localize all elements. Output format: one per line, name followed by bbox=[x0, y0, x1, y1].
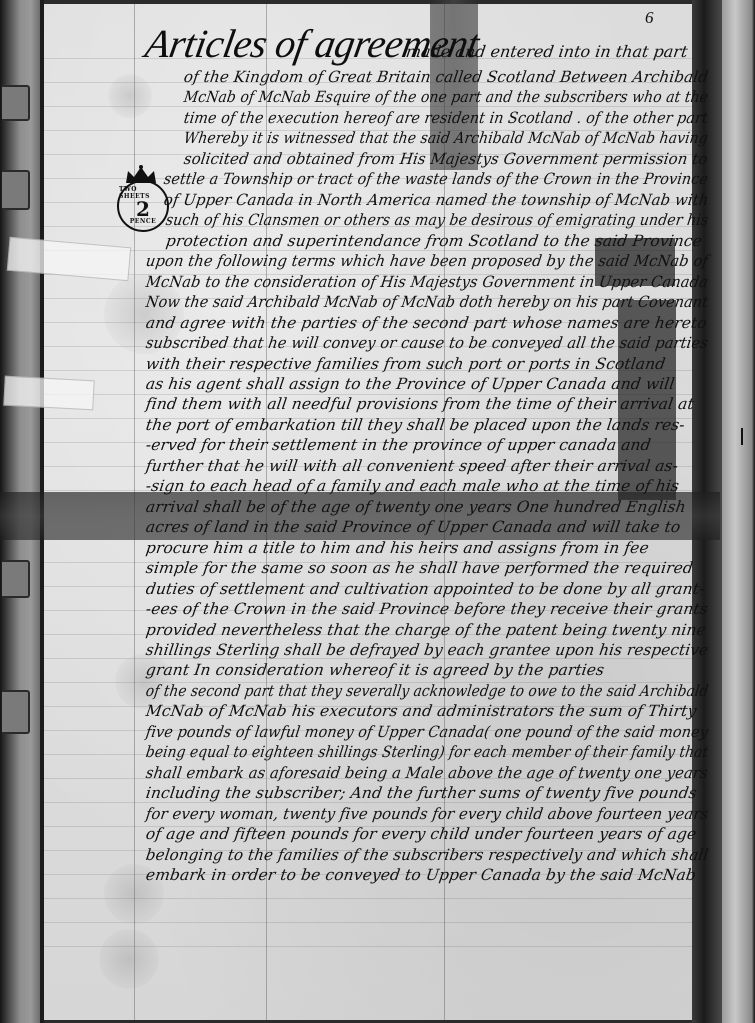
text-line: and agree with the parties of the second… bbox=[145, 314, 708, 332]
binding-tab bbox=[2, 170, 30, 210]
text-line: the port of embarkation till they shall … bbox=[145, 416, 686, 434]
text-line: find them with all needful provisions fr… bbox=[145, 395, 695, 413]
text-line: of the Kingdom of Great Britain called S… bbox=[183, 68, 710, 86]
text-line: with their respective families from such… bbox=[145, 355, 667, 373]
text-line: subscribed that he will convey or cause … bbox=[145, 334, 710, 352]
text-line: -ees of the Crown in the said Province b… bbox=[145, 600, 709, 618]
text-line: solicited and obtained from His Majestys… bbox=[183, 150, 709, 168]
text-line: provided nevertheless that the charge of… bbox=[145, 621, 707, 639]
text-line: further that he will with all convenient… bbox=[145, 457, 680, 475]
text-line: -sign to each head of a family and each … bbox=[145, 477, 681, 495]
text-line: procure him a title to him and his heirs… bbox=[145, 539, 650, 557]
text-line: of Upper Canada in North America named t… bbox=[163, 191, 710, 209]
text-line: five pounds of lawful money of Upper Can… bbox=[145, 723, 710, 741]
binding-tab bbox=[2, 85, 30, 121]
text-line: shillings Sterling shall be defrayed by … bbox=[145, 641, 710, 659]
text-line: duties of settlement and cultivation app… bbox=[145, 580, 706, 598]
text-line: embark in order to be conveyed to Upper … bbox=[145, 866, 697, 884]
margin-mark bbox=[741, 428, 743, 445]
stamp-value: 2 bbox=[136, 200, 150, 218]
text-line: settle a Township or tract of the waste … bbox=[163, 170, 710, 188]
text-line: of age and fifteen pounds for every chil… bbox=[145, 825, 698, 843]
text-line: McNab to the consideration of His Majest… bbox=[145, 273, 710, 291]
scanned-document: 6 TWO SHEETS 2 PENCE Articles of agreeme… bbox=[0, 0, 755, 1023]
text-line: such of his Clansmen or others as may be… bbox=[165, 211, 710, 229]
text-line: protection and superintendance from Scot… bbox=[165, 232, 703, 250]
text-line: acres of land in the said Province of Up… bbox=[145, 518, 682, 536]
text-line: McNab of McNab Esquire of the one part a… bbox=[183, 88, 710, 106]
text-line: for every woman, twenty five pounds for … bbox=[145, 805, 710, 823]
page-edge bbox=[722, 0, 755, 1023]
white-tape bbox=[3, 376, 94, 411]
text-line: arrival shall be of the age of twenty on… bbox=[145, 498, 687, 516]
text-line: belonging to the families of the subscri… bbox=[145, 846, 710, 864]
binding-tab bbox=[2, 690, 30, 734]
page-number: 6 bbox=[645, 8, 654, 28]
stamp-bottom-text: PENCE bbox=[130, 218, 156, 225]
text-line: shall embark as aforesaid being a Male a… bbox=[145, 764, 709, 782]
text-line: made and entered into in that part bbox=[405, 42, 689, 61]
text-line: as his agent shall assign to the Provinc… bbox=[145, 375, 676, 393]
revenue-stamp: TWO SHEETS 2 PENCE bbox=[117, 180, 169, 232]
text-line: McNab of McNab his executors and adminis… bbox=[145, 702, 698, 720]
text-line: -erved for their settlement in the provi… bbox=[145, 436, 652, 454]
text-line: upon the following terms which have been… bbox=[145, 252, 710, 270]
text-line: including the subscriber; And the furthe… bbox=[145, 784, 698, 802]
text-line: of the second part that they severally a… bbox=[145, 682, 710, 700]
text-line: Now the said Archibald McNab of McNab do… bbox=[145, 293, 710, 311]
text-line: Whereby it is witnessed that the said Ar… bbox=[183, 129, 709, 147]
text-line: time of the execution hereof are residen… bbox=[183, 109, 709, 127]
text-line: simple for the same so soon as he shall … bbox=[145, 559, 695, 577]
text-line: being equal to eighteen shillings Sterli… bbox=[145, 743, 710, 761]
binding-tab bbox=[2, 560, 30, 598]
text-line: grant In consideration whereof it is agr… bbox=[145, 661, 606, 679]
